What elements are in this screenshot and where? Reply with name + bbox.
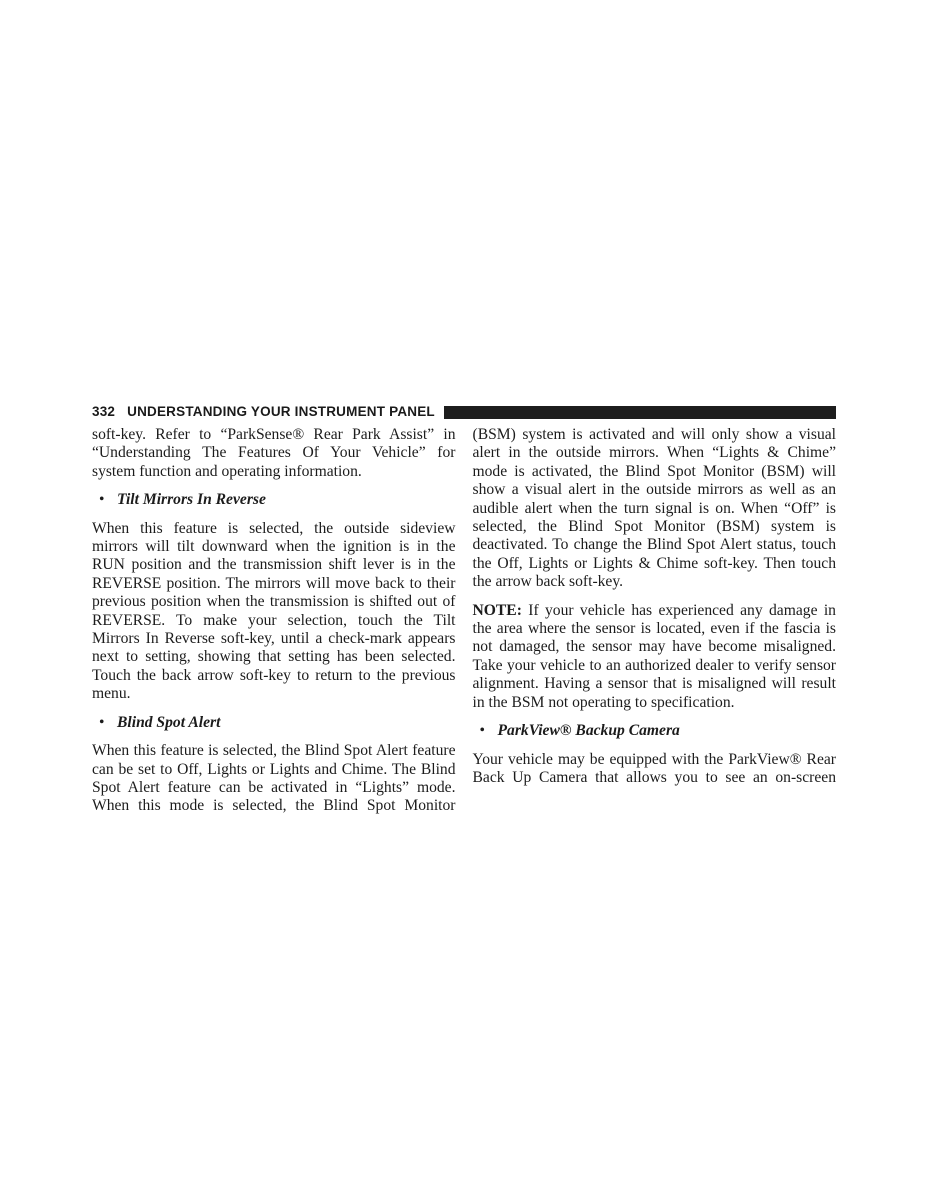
bullet-heading: Tilt Mirrors In Reverse [117,491,266,509]
paragraph: When this feature is selected, the outsi… [92,520,456,704]
running-header: 332 UNDERSTANDING YOUR INSTRUMENT PANEL [92,404,836,419]
page-title: UNDERSTANDING YOUR INSTRUMENT PANEL [127,404,435,419]
right-column: (BSM) system is activated and will only … [473,426,837,826]
page-number: 332 [92,404,115,419]
manual-page: 332 UNDERSTANDING YOUR INSTRUMENT PANEL … [0,0,927,1200]
left-column: soft-key. Refer to “ParkSense® Rear Park… [92,426,456,826]
paragraph: When this feature is selected, the Blind… [92,742,456,816]
bullet-icon: • [480,722,498,740]
paragraph: soft-key. Refer to “ParkSense® Rear Park… [92,426,456,481]
note-text: If your vehicle has experienced any dama… [473,602,837,711]
bullet-icon: • [99,491,117,509]
bullet-heading: ParkView® Backup Camera [498,722,680,740]
note-paragraph: NOTE: If your vehicle has experienced an… [473,602,837,712]
two-column-text: soft-key. Refer to “ParkSense® Rear Park… [92,426,836,826]
note-label: NOTE: [473,602,522,619]
bullet-item: • ParkView® Backup Camera [473,722,837,740]
header-rule-bar [444,406,836,419]
paragraph: Your vehicle may be equipped with the Pa… [473,751,837,788]
bullet-heading: Blind Spot Alert [117,714,220,732]
paragraph: (BSM) system is activated and will only … [473,426,837,592]
bullet-item: • Blind Spot Alert [92,714,456,732]
bullet-item: • Tilt Mirrors In Reverse [92,491,456,509]
bullet-icon: • [99,714,117,732]
